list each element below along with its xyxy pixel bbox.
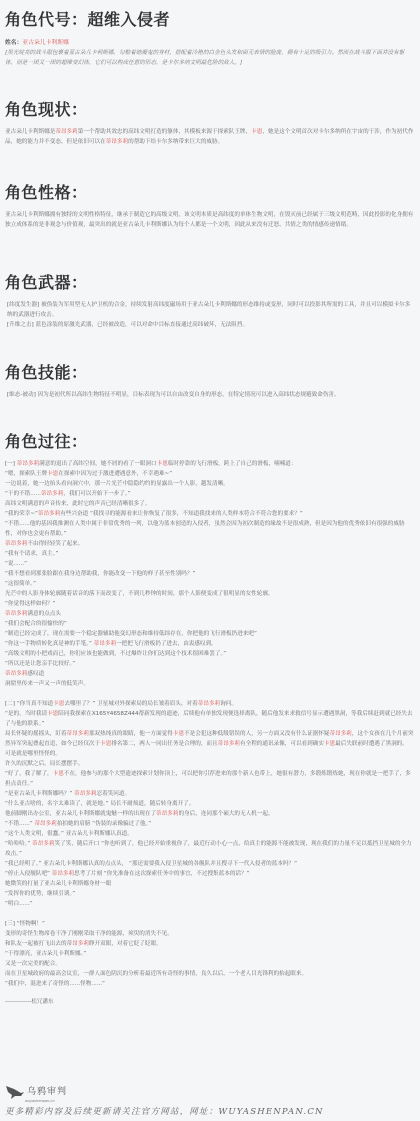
character-highlight: 卡恩	[173, 731, 184, 737]
text-segment: 的帮助下给卡尔多纳带来巨大的威胁。	[128, 139, 223, 145]
text-segment: 可是就是哪里怪怪的。	[5, 751, 61, 757]
section-title-weapon: 角色武器：	[5, 270, 415, 293]
text-segment: 满意的点点头	[27, 611, 61, 617]
text-segment: 而在卫星城政府的最高会议室，一群人面色阴沉的分析着最近所有奇怪的事情，良久以后，…	[5, 971, 307, 977]
story-line: 蒂昂多莉不由得轻轻笑了起来。	[5, 539, 415, 549]
story-line: 蒂昂多莉满意的点点头	[5, 609, 415, 619]
text-segment: 局长怀疑的摇摇头，盯着	[5, 731, 67, 737]
character-header: 角色代号：超维入侵者 姓名：亚古朵儿卡利斯娜 [黑光绽亮的战斗服包裹着亚古朵儿卡…	[5, 5, 415, 68]
section-title-skill: 角色技能：	[5, 360, 415, 383]
text-segment: ，我们可以开始下一步了。”	[63, 491, 130, 497]
story-line: “干得漂亮，亚古朵儿卡利斯娜。”	[5, 949, 415, 959]
text-segment: “我不想看到那张脸跟在我身边帮助我，你能改变一下他的样子甚至性别吗？”	[5, 571, 195, 577]
character-highlight: 昂多莉	[72, 941, 89, 947]
character-highlight: 蒂昂多莉	[74, 791, 96, 797]
text-segment: “我的荣幸~”	[5, 511, 38, 517]
text-segment: [三] “怪物啊！”	[5, 921, 45, 927]
text-segment: 变形的奇怪生物席卷干净了刚刚采取干净的能源，须臾的消失不见。	[5, 931, 173, 937]
story-line: “是亚古朵儿卡利斯娜吗？” 蒂昂多莉忍着笑问道。	[5, 789, 415, 799]
text-segment: “这个人类文明，很蠢。” 亚古朵儿卡利斯娜认真道。	[5, 831, 133, 837]
character-highlight: 卡恩	[157, 461, 168, 467]
character-highlight: 蒂昂多莉	[17, 461, 39, 467]
story-line: “说......”	[5, 559, 415, 569]
text-segment: 思考了片刻 “你先准备在这次探索任务中的事宜，不过搜集蓝本的话？”	[74, 871, 249, 877]
text-segment: 和队友一起被打飞出去的蒂	[5, 941, 72, 947]
story-line: 一边说着，她一边抬头看向洞穴中，那一片光芒中隐隐约约的显露出一个人影，越发清晰。	[5, 479, 415, 489]
character-description: [黑光绽亮的战斗服包裹着亚古朵儿卡利斯娜，勾勒着她魔鬼的身材，搭配着冷艳的白金色…	[5, 48, 415, 68]
story-line: “发挥你的优势，继续引诱。”	[5, 889, 415, 899]
text-segment: 忍着笑问道。	[97, 791, 131, 797]
character-highlight: 蒂昂多莉	[52, 871, 74, 877]
text-segment: “我们会配合的很愉快的”	[5, 621, 67, 627]
text-segment: “我们中，混进来了奇怪的......怪物......”	[5, 981, 105, 987]
story-line: “我有个请求，真主。”	[5, 549, 415, 559]
text-segment: 亚古朵儿卡利斯娜是	[5, 129, 55, 135]
character-highlight: 卡恩	[251, 129, 262, 135]
character-highlight: 蒂昂多莉	[5, 611, 27, 617]
past-story: [一] 蒂昂多莉满意的退出了高纬空间，她不屑的看了一眼洞口卡恩临时停靠的飞行滑板…	[5, 459, 415, 989]
character-highlight: 蒂昂多莉	[38, 511, 60, 517]
text-segment: 那双热纯真的眼睛，他一方面觉得	[89, 731, 173, 737]
text-segment: 又是一次完美的配合。	[5, 961, 61, 967]
story-line: 她微笑的打量了亚古朵儿卡利斯娜身材一眼	[5, 879, 415, 889]
story-line: “哈哈哈。” 蒂昂多莉笑了笑，随后开口 “你也听到了，他已经开始重视你了，最近行…	[5, 839, 415, 859]
text-segment: “是的，当时我请	[5, 711, 47, 717]
story-line: “高级文明的小把戏而已，你们应该也能做到，不过爆炸让你们达到这个技术很困难罢了。…	[5, 649, 415, 659]
story-line: 可是就是哪里怪怪的。	[5, 749, 415, 759]
text-segment: 有些兴奋道 “我找寻的能源看来让你恢复了很多，不知道我找来的人类样本符合不符合您…	[60, 511, 303, 517]
text-segment: “停止入侵舰队吧”	[5, 871, 52, 877]
section-title-past: 角色过往：	[5, 429, 415, 452]
footer: 乌鸦审判 wuyashenpan.cn 更多精彩内容及后续更新请关注官方网站，网…	[5, 1082, 415, 1117]
crow-icon	[5, 1084, 25, 1100]
name-label: 姓名：	[5, 40, 22, 46]
weapon-item: [升维之击] 蓝色涂装的原激光武器，已经被改造，可以对命中目标直接通过高纬破坏，…	[5, 320, 415, 330]
weapon-item: [纬度发生器] 被伪装为军用型无人护卫机的合金，持续发射高纬度磁场用于亚古朵儿卡…	[5, 300, 415, 320]
skill-item: [维态-被动] 因为是初代所以高纬生物特征不明显，目标表现为可以自由改变自身的形…	[5, 390, 415, 400]
character-highlight: 蒂昂多莉	[34, 821, 56, 827]
text-segment: 高纬文明满意的声音传来，此时它的声音已经清晰很多了。	[5, 501, 150, 507]
story-line: 高纬文明满意的声音传来，此时它的声音已经清晰很多了。	[5, 499, 415, 509]
character-highlight: 卡恩	[47, 711, 58, 717]
story-line: 洞窟里传来一声又一声的低笑声。	[5, 679, 415, 689]
story-line: [三] “怪物啊！”	[5, 919, 415, 929]
section-personality: 角色性格： 亚古朵儿卡利斯娜拥有独特的文明性格特征，继承于制造它的高级文明，该文…	[5, 180, 415, 230]
story-line: 而在卫星城政府的最高会议室，一群人面色阴沉的分析着最近所有奇怪的事情，良久以后，…	[5, 969, 415, 979]
text-segment: 不由得轻轻笑了起来。	[27, 541, 83, 547]
character-name: 姓名：亚古朵儿卡利斯娜	[5, 38, 415, 48]
text-segment: 洞窟里传来一声又一声的低笑声。	[5, 681, 89, 687]
text-segment: 有全程的通讯录像，可以看到确实	[240, 741, 324, 747]
character-highlight: 蒂昂多莉	[156, 811, 178, 817]
text-segment: “我有个请求，真主。”	[5, 551, 58, 557]
character-highlight: 蒂昂多莉	[106, 139, 128, 145]
text-segment: “发挥你的优势，继续引诱。”	[5, 891, 75, 897]
character-highlight: 蒂昂多莉	[94, 641, 116, 647]
text-segment: 排名第二，两人一同出任务是合理的，而且	[111, 741, 217, 747]
character-highlight: 蒂昂多莉	[5, 671, 27, 677]
story-line: “不错......” 蒂昂多莉拍拍她的肩膀 “伪装的录像骗过了他。”	[5, 819, 415, 829]
story-line: [一] 蒂昂多莉满意的退出了高纬空间，她不屑的看了一眼洞口卡恩临时停靠的飞行滑板…	[5, 459, 415, 469]
story-line: “我们会配合的很愉快的”	[5, 619, 415, 629]
text-segment: [二] “你当真不知道	[5, 701, 53, 707]
text-segment: 一把把飞行滑板扔了进去，由衷感叹到。	[116, 641, 217, 647]
text-segment: “哈哈哈。”	[5, 841, 32, 847]
page-title: 角色代号：超维入侵者	[5, 7, 415, 30]
story-line: “是的，当时我请卡恩陪同我探索在X165Y4658Z444帮新发现的遗迹，后续他…	[5, 709, 415, 729]
story-line: 光芒中的人影身体轮廓随着话音的落下而改变了，不到几秒钟的时间，那个人影便变成了很…	[5, 589, 415, 599]
character-highlight: 卡恩	[324, 741, 335, 747]
text-segment: 不是会犯这种低级错误的人，另一方面又没有什么证据怀疑	[184, 731, 329, 737]
character-highlight: 蒂昂多莉	[198, 701, 220, 707]
section-title-personality: 角色性格：	[5, 180, 415, 203]
text-segment: “嗯，探索队王牌	[5, 471, 47, 477]
section-title-status: 角色现状：	[5, 97, 415, 120]
story-line: “我不想看到那张脸跟在我身边帮助我，你能改变一下他的样子甚至性别吗？”	[5, 569, 415, 579]
character-highlight: 卡恩	[47, 471, 58, 477]
section-weapon: 角色武器： [纬度发生器] 被伪装为军用型无人护卫机的合金，持续发射高纬度磁场用…	[5, 270, 415, 330]
story-line: 又是一次完美的配合。	[5, 959, 415, 969]
story-line: “我已经明了。” 亚古朵儿卡利斯娜认真的点点头， “那还需要我入侵卫星城的各舰队…	[5, 859, 415, 869]
logo-subtext: wuyashenpan.cn	[25, 1099, 415, 1103]
text-segment: “制造已经完成了，现在需要一个稳定器辅助他变幻形态和维持低纬存在，你把他的飞行滑…	[5, 631, 257, 637]
character-highlight: 卡恩	[53, 771, 64, 777]
story-line: “这个人类文明，很蠢。” 亚古朵儿卡利斯娜认真道。	[5, 829, 415, 839]
character-highlight: 卡恩	[100, 741, 111, 747]
story-line: “我的荣幸~”蒂昂多莉有些兴奋道 “我找寻的能源看来让你恢复了很多，不知道我找来…	[5, 509, 415, 519]
text-segment: 陪同我探索在X165Y4658Z444帮新发现的遗迹，后续他有单独发现便选择离队…	[5, 711, 413, 727]
text-segment: “你这一手物质转化真是神的手笔。”	[5, 641, 94, 647]
story-line: “不错......他的基因我推测在人类中属于非常优秀的一列，以他为蓝本创造的入侵…	[5, 519, 415, 539]
text-segment: “好了，我了解了，	[5, 771, 53, 777]
text-segment: 去哪里了？” 卫星城对外探索局的局长皱着眉头，对着	[64, 701, 197, 707]
story-line: “明白......”	[5, 899, 415, 909]
text-segment: 的身后，连同那个硕大的无人机一起。	[178, 811, 273, 817]
story-line: “我们中，混进来了奇怪的......怪物......”	[5, 979, 415, 989]
text-segment: 她微笑的打量了亚古朵儿卡利斯娜身材一眼	[5, 881, 111, 887]
personality-text: 亚古朵儿卡利斯娜拥有独特的文明性格特征，继承于制造它的高级文明，该文明本质是高纬…	[5, 210, 415, 230]
story-line: 蒂昂多莉感叹道	[5, 669, 415, 679]
character-highlight: 蒂昂多莉	[67, 731, 89, 737]
story-line: “停止入侵舰队吧” 蒂昂多莉思考了片刻 “你先准备在这次探索任务中的事宜，不过搜…	[5, 869, 415, 879]
text-segment: “干的不错......	[5, 491, 41, 497]
story-line: 他前脚刚出办公室，亚古朵儿卡利斯娜就鬼魅一样的出现在了蒂昂多莉的身后，连同那个硕…	[5, 809, 415, 819]
character-highlight: 蒂昂多莉	[5, 541, 27, 547]
character-highlight: 蒂昂多莉	[330, 731, 352, 737]
text-segment: 在探索中因为过于激进遭遇意外，不幸遇难~”	[58, 471, 172, 477]
character-highlight: 蒂昂多莉	[55, 129, 77, 135]
character-highlight: 蒂昂多莉	[41, 491, 63, 497]
story-line: “嗯，探索队王牌卡恩在探索中因为过于激进遭遇意外，不幸遇难~”	[5, 469, 415, 479]
text-segment: 不在，他参与的那个大型遗迹探索计划你顶上，可以把你引荐进来的那个新人也带上，她很…	[5, 771, 411, 787]
paragraph-gap	[5, 909, 415, 919]
story-line: 变形的奇怪生物席卷干净了刚刚采取干净的能源，须臾的消失不见。	[5, 929, 415, 939]
story-line: 许久的沉默之后，局长摆摆手。	[5, 759, 415, 769]
text-segment: “明白......”	[5, 901, 33, 907]
text-segment: 睁开双眼，对着它眨了眨眼。	[89, 941, 162, 947]
name-value: 亚古朵儿卡利斯娜	[22, 40, 68, 46]
text-segment: 一边说着，她一边抬头看向洞穴中，那一片光芒中隐隐约约的显露出一个人影，越发清晰。	[5, 481, 229, 487]
story-line: “好了，我了解了，卡恩不在，他参与的那个大型遗迹探索计划你顶上，可以把你引荐进来…	[5, 769, 415, 789]
character-highlight: 卡恩	[53, 701, 64, 707]
story-line: 和队友一起被打飞出去的蒂昂多莉睁开双眼，对着它眨了眨眼。	[5, 939, 415, 949]
text-segment: 他前脚刚出办公室，亚古朵儿卡利斯娜就鬼魅一样的出现在了	[5, 811, 156, 817]
story-line: “这很简单。”	[5, 579, 415, 589]
text-segment: 满意的退出了高纬空间，她不屑的看了一眼洞口	[39, 461, 156, 467]
text-segment: “你觉得这样如何？”	[5, 601, 56, 607]
text-segment: “不错......他的基因我推测在人类中属于非常优秀的一列，以他为蓝本创造的入侵…	[5, 521, 405, 537]
text-segment: “所以还是让您亲手比较好。”	[5, 661, 75, 667]
text-segment: 临时停靠的飞行滑板，跨上了自己的滑板，喃喃道：	[168, 461, 297, 467]
character-highlight: 蒂昂多莉	[32, 841, 54, 847]
story-line: “什么亚古啥的，名字太难读了，就是她。” 局长不耐烦道，随后转身离开了。	[5, 799, 415, 809]
section-status: 角色现状： 亚古朵儿卡利斯娜是蒂昂多莉第一个帮助其效忠的高纬文明打造的躯体，其模…	[5, 97, 415, 147]
text-segment: “我已经明了。” 亚古朵儿卡利斯娜认真的点点头， “那还需要我入侵卫星城的各舰队…	[5, 861, 297, 867]
text-segment: “是亚古朵儿卡利斯娜吗？”	[5, 791, 74, 797]
text-segment: “高级文明的小把戏而已，你们应该也能做到，不过爆炸让你们达到这个技术很困难罢了。…	[5, 651, 226, 657]
text-segment: “不错......”	[5, 821, 34, 827]
text-segment: 光芒中的人影身体轮廓随着话音的落下而改变了，不到几秒钟的时间，那个人影便变成了很…	[5, 591, 274, 597]
character-highlight: 蒂昂多莉	[218, 741, 240, 747]
text-segment: [一]	[5, 461, 17, 467]
section-skill: 角色技能： [维态-被动] 因为是初代所以高纬生物特征不明显，目标表现为可以自由…	[5, 360, 415, 400]
text-segment: “这很简单。”	[5, 581, 36, 587]
logo-text: 乌鸦审判	[27, 1088, 67, 1097]
text-segment: 感叹道	[27, 671, 44, 677]
story-line: 局长怀疑的摇摇头，盯着蒂昂多莉那双热纯真的眼睛，他一方面觉得卡恩不是会犯这种低级…	[5, 729, 415, 749]
author-signature: -------------松冗潘东	[5, 997, 415, 1007]
text-segment: 许久的沉默之后，局长摆摆手。	[5, 761, 83, 767]
text-segment: 第一个帮助其效忠的高纬文明打造的躯体，其模板来源于探索队王牌，	[78, 129, 251, 135]
text-segment: 拍拍她的肩膀 “伪装的录像骗过了他。”	[57, 821, 151, 827]
website-notice: 更多精彩内容及后续更新请关注官方网站，网址：WUYASHENPAN.CN	[5, 1105, 415, 1117]
story-line: “干的不错......蒂昂多莉，我们可以开始下一步了。”	[5, 489, 415, 499]
story-line: “你这一手物质转化真是神的手笔。” 蒂昂多莉一把把飞行滑板扔了进去，由衷感叹到。	[5, 639, 415, 649]
text-segment: 询问。	[220, 701, 237, 707]
text-segment: “什么亚古啥的，名字太难读了，就是她。” 局长不耐烦道，随后转身离开了。	[5, 801, 194, 807]
status-text: 亚古朵儿卡利斯娜是蒂昂多莉第一个帮助其效忠的高纬文明打造的躯体，其模板来源于探索…	[5, 127, 415, 147]
story-line: “所以还是让您亲手比较好。”	[5, 659, 415, 669]
text-segment: “干得漂亮，亚古朵儿卡利斯娜。”	[5, 951, 86, 957]
text-segment: “说......”	[5, 561, 27, 567]
paragraph-gap	[5, 689, 415, 699]
text-segment: 最后失联前时遭遇了黑洞的。	[335, 741, 408, 747]
story-line: “制造已经完成了，现在需要一个稳定器辅助他变幻形态和维持低纬存在，你把他的飞行滑…	[5, 629, 415, 639]
text-segment: 笑了笑，随后开口 “你也听到了，他已经开始重视你了，最近行动小心一点，给真主的能…	[5, 841, 412, 857]
story-line: [二] “你当真不知道卡恩去哪里了？” 卫星城对外探索局的局长皱着眉头，对着蒂昂…	[5, 699, 415, 709]
story-line: “你觉得这样如何？”	[5, 599, 415, 609]
section-past: 角色过往： [一] 蒂昂多莉满意的退出了高纬空间，她不屑的看了一眼洞口卡恩临时停…	[5, 429, 415, 1007]
